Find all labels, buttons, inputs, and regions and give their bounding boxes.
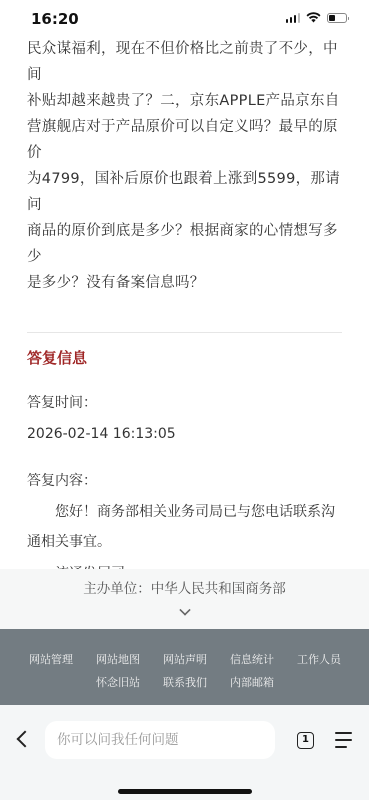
sponsor-section: 主办单位：中华人民共和国商务部 — [0, 569, 369, 629]
reply-time-label: 答复时间： — [27, 392, 342, 412]
footer-link-contact-us[interactable]: 联系我们 — [163, 674, 207, 690]
back-icon[interactable] — [17, 731, 34, 748]
reply-section-title: 答复信息 — [27, 347, 342, 368]
cellular-signal-icon — [286, 13, 301, 23]
footer-link-site-statement[interactable]: 网站声明 — [163, 651, 207, 667]
search-input[interactable] — [45, 721, 275, 759]
battery-icon — [327, 13, 347, 23]
question-line: 是多少？没有备案信息吗？ — [27, 270, 342, 296]
footer-link-staff[interactable]: 工作人员 — [297, 651, 341, 667]
question-line: 营旗舰店对于产品原价可以自定义吗？最早的原价 — [27, 114, 342, 166]
site-footer: 网站管理 网站地图 网站声明 信息统计 工作人员 怀念旧站 联系我们 内部邮箱 — [0, 629, 369, 705]
footer-link-old-site[interactable]: 怀念旧站 — [96, 674, 140, 690]
reply-time-value: 2026-02-14 16:13:05 — [27, 426, 342, 442]
footer-link-info-stats[interactable]: 信息统计 — [230, 651, 274, 667]
footer-link-site-management[interactable]: 网站管理 — [29, 651, 73, 667]
main-content: 民众谋福利，现在不但价格比之前贵了不少，中间 补贴却越来越贵了？二，京东APPL… — [27, 36, 342, 649]
tabs-count-button[interactable]: 1 — [297, 732, 314, 749]
chevron-down-icon[interactable] — [179, 604, 190, 615]
sponsor-text: 主办单位：中华人民共和国商务部 — [0, 569, 369, 597]
footer-link-internal-mail[interactable]: 内部邮箱 — [230, 674, 274, 690]
home-indicator — [118, 789, 252, 794]
status-time: 16:20 — [31, 10, 79, 28]
wifi-icon — [306, 12, 321, 23]
section-divider — [27, 332, 342, 333]
question-line: 补贴却越来越贵了？二，京东APPLE产品京东自 — [27, 88, 342, 114]
search-box[interactable] — [45, 721, 275, 759]
reply-line: 您好！商务部相关业务司局已与您电话联系沟 — [27, 498, 342, 526]
question-text: 民众谋福利，现在不但价格比之前贵了不少，中间 补贴却越来越贵了？二，京东APPL… — [27, 36, 342, 296]
status-icons — [286, 12, 348, 23]
reply-content-label: 答复内容： — [27, 470, 342, 490]
footer-link-site-map[interactable]: 网站地图 — [96, 651, 140, 667]
question-line: 为4799，国补后原价也跟着上涨到5599，那请问 — [27, 166, 342, 218]
status-bar: 16:20 — [0, 0, 369, 36]
browser-toolbar: 1 — [0, 705, 369, 800]
question-line: 商品的原价到底是多少？根据商家的心情想写多少 — [27, 218, 342, 270]
reply-line: 通相关事宜。 — [27, 528, 342, 556]
menu-icon[interactable] — [335, 732, 352, 748]
question-line: 民众谋福利，现在不但价格比之前贵了不少，中间 — [27, 36, 342, 88]
